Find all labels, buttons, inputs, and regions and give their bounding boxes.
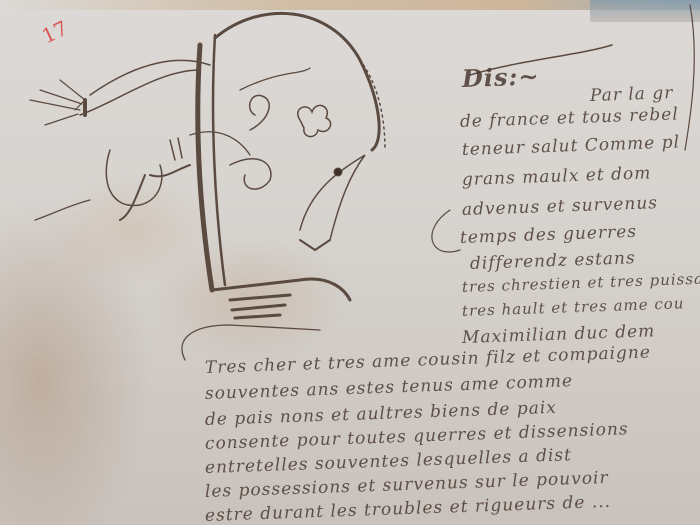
initial-heading: Dis:~ bbox=[461, 61, 539, 93]
text-line: Par la gr bbox=[590, 83, 674, 106]
